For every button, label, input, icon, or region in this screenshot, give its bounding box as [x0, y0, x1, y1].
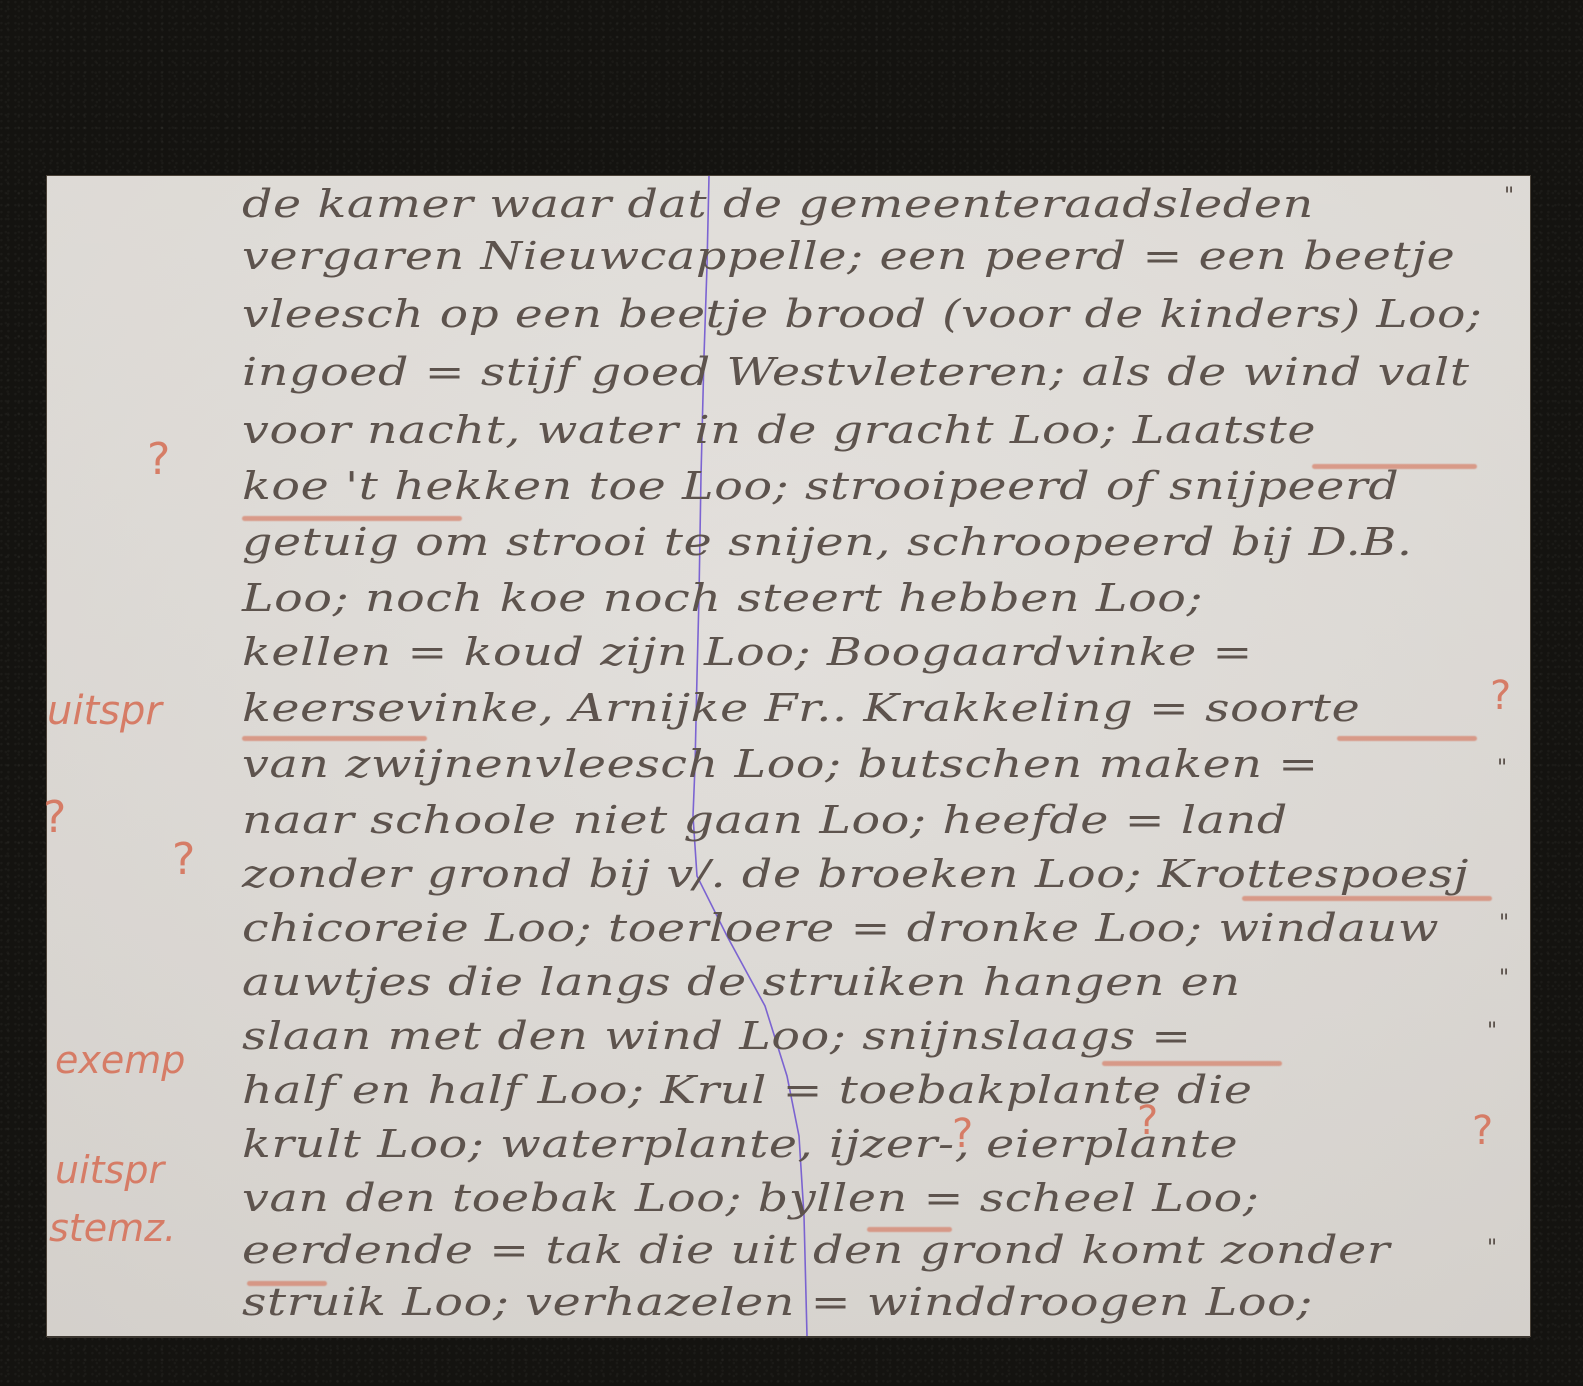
text-line-11: van zwijnenvleesch Loo; butschen maken =: [242, 742, 1319, 786]
ditto-mark: ": [1499, 966, 1509, 991]
margin-note-exemp: exemp: [55, 1038, 185, 1082]
text-line-15: auwtjes die langs de struiken hangen en: [242, 960, 1241, 1004]
underline-laatste: [1312, 464, 1477, 469]
underline-byllen: [867, 1227, 952, 1232]
right-margin-question-mark: ?: [1490, 676, 1511, 716]
margin-question-mark: ?: [172, 838, 195, 882]
margin-note-uitspr: uitspr: [55, 1148, 164, 1192]
text-line-13: zonder grond bij v/. de broeken Loo; Kro…: [242, 852, 1469, 896]
margin-note-uitspr: uitspr: [47, 688, 162, 734]
underline-soorte: [1337, 736, 1477, 741]
ditto-mark: ": [1487, 1236, 1497, 1261]
text-line-20: eerdende = tak die uit den grond komt zo…: [242, 1228, 1390, 1272]
text-line-2: vergaren Nieuwcappelle; een peerd = een …: [242, 234, 1455, 278]
text-line-4: ingoed = stijf goed Westvleteren; als de…: [242, 350, 1470, 394]
underline-keersevinke: [242, 736, 427, 741]
text-line-17: half en half Loo; Krul = toebakplante di…: [242, 1068, 1253, 1112]
underline-eerdende: [247, 1281, 327, 1286]
text-line-7: getuig om strooi te snijen, schroopeerd …: [242, 520, 1413, 564]
text-line-3: vleesch op een beetje brood (voor de kin…: [242, 292, 1482, 336]
text-line-1: de kamer waar dat de gemeenteraadsleden: [242, 182, 1314, 226]
text-line-14: chicoreie Loo; toerloere = dronke Loo; w…: [242, 906, 1439, 950]
text-line-8: Loo; noch koe noch steert hebben Loo;: [242, 576, 1203, 620]
underline-snijnslaags: [1102, 1061, 1282, 1066]
underline-krottespoesj: [1242, 896, 1492, 901]
ditto-mark: ": [1497, 756, 1507, 781]
text-line-16: slaan met den wind Loo; snijnslaags =: [242, 1014, 1192, 1058]
text-line-6: koe 't hekken toe Loo; strooipeerd of sn…: [242, 464, 1399, 508]
ditto-mark: ": [1504, 184, 1514, 209]
text-line-5: voor nacht, water in de gracht Loo; Laat…: [242, 408, 1316, 452]
text-line-18: krult Loo; waterplante, ijzer-, eierplan…: [242, 1122, 1238, 1166]
manuscript-page: de kamer waar dat de gemeenteraadsleden …: [47, 176, 1530, 1336]
right-margin-question-mark: ?: [1472, 1111, 1493, 1151]
margin-note-stemz: stemz.: [49, 1206, 176, 1250]
text-line-19: van den toebak Loo; byllen = scheel Loo;: [242, 1176, 1259, 1220]
margin-question-mark: ?: [43, 796, 66, 840]
margin-question-mark: ?: [147, 438, 170, 482]
ditto-mark: ": [1499, 911, 1509, 936]
text-line-10: keersevinke, Arnijke Fr.. Krakkeling = s…: [242, 686, 1360, 730]
underline-koe-hekken: [242, 516, 462, 521]
inline-question-mark: ?: [1137, 1101, 1158, 1141]
text-line-21: struik Loo; verhazelen = winddroogen Loo…: [242, 1280, 1313, 1324]
ditto-mark: ": [1487, 1019, 1497, 1044]
inline-question-mark: ?: [952, 1114, 973, 1154]
text-line-9: kellen = koud zijn Loo; Boogaardvinke =: [242, 630, 1253, 674]
text-line-12: naar schoole niet gaan Loo; heefde = lan…: [242, 798, 1288, 842]
